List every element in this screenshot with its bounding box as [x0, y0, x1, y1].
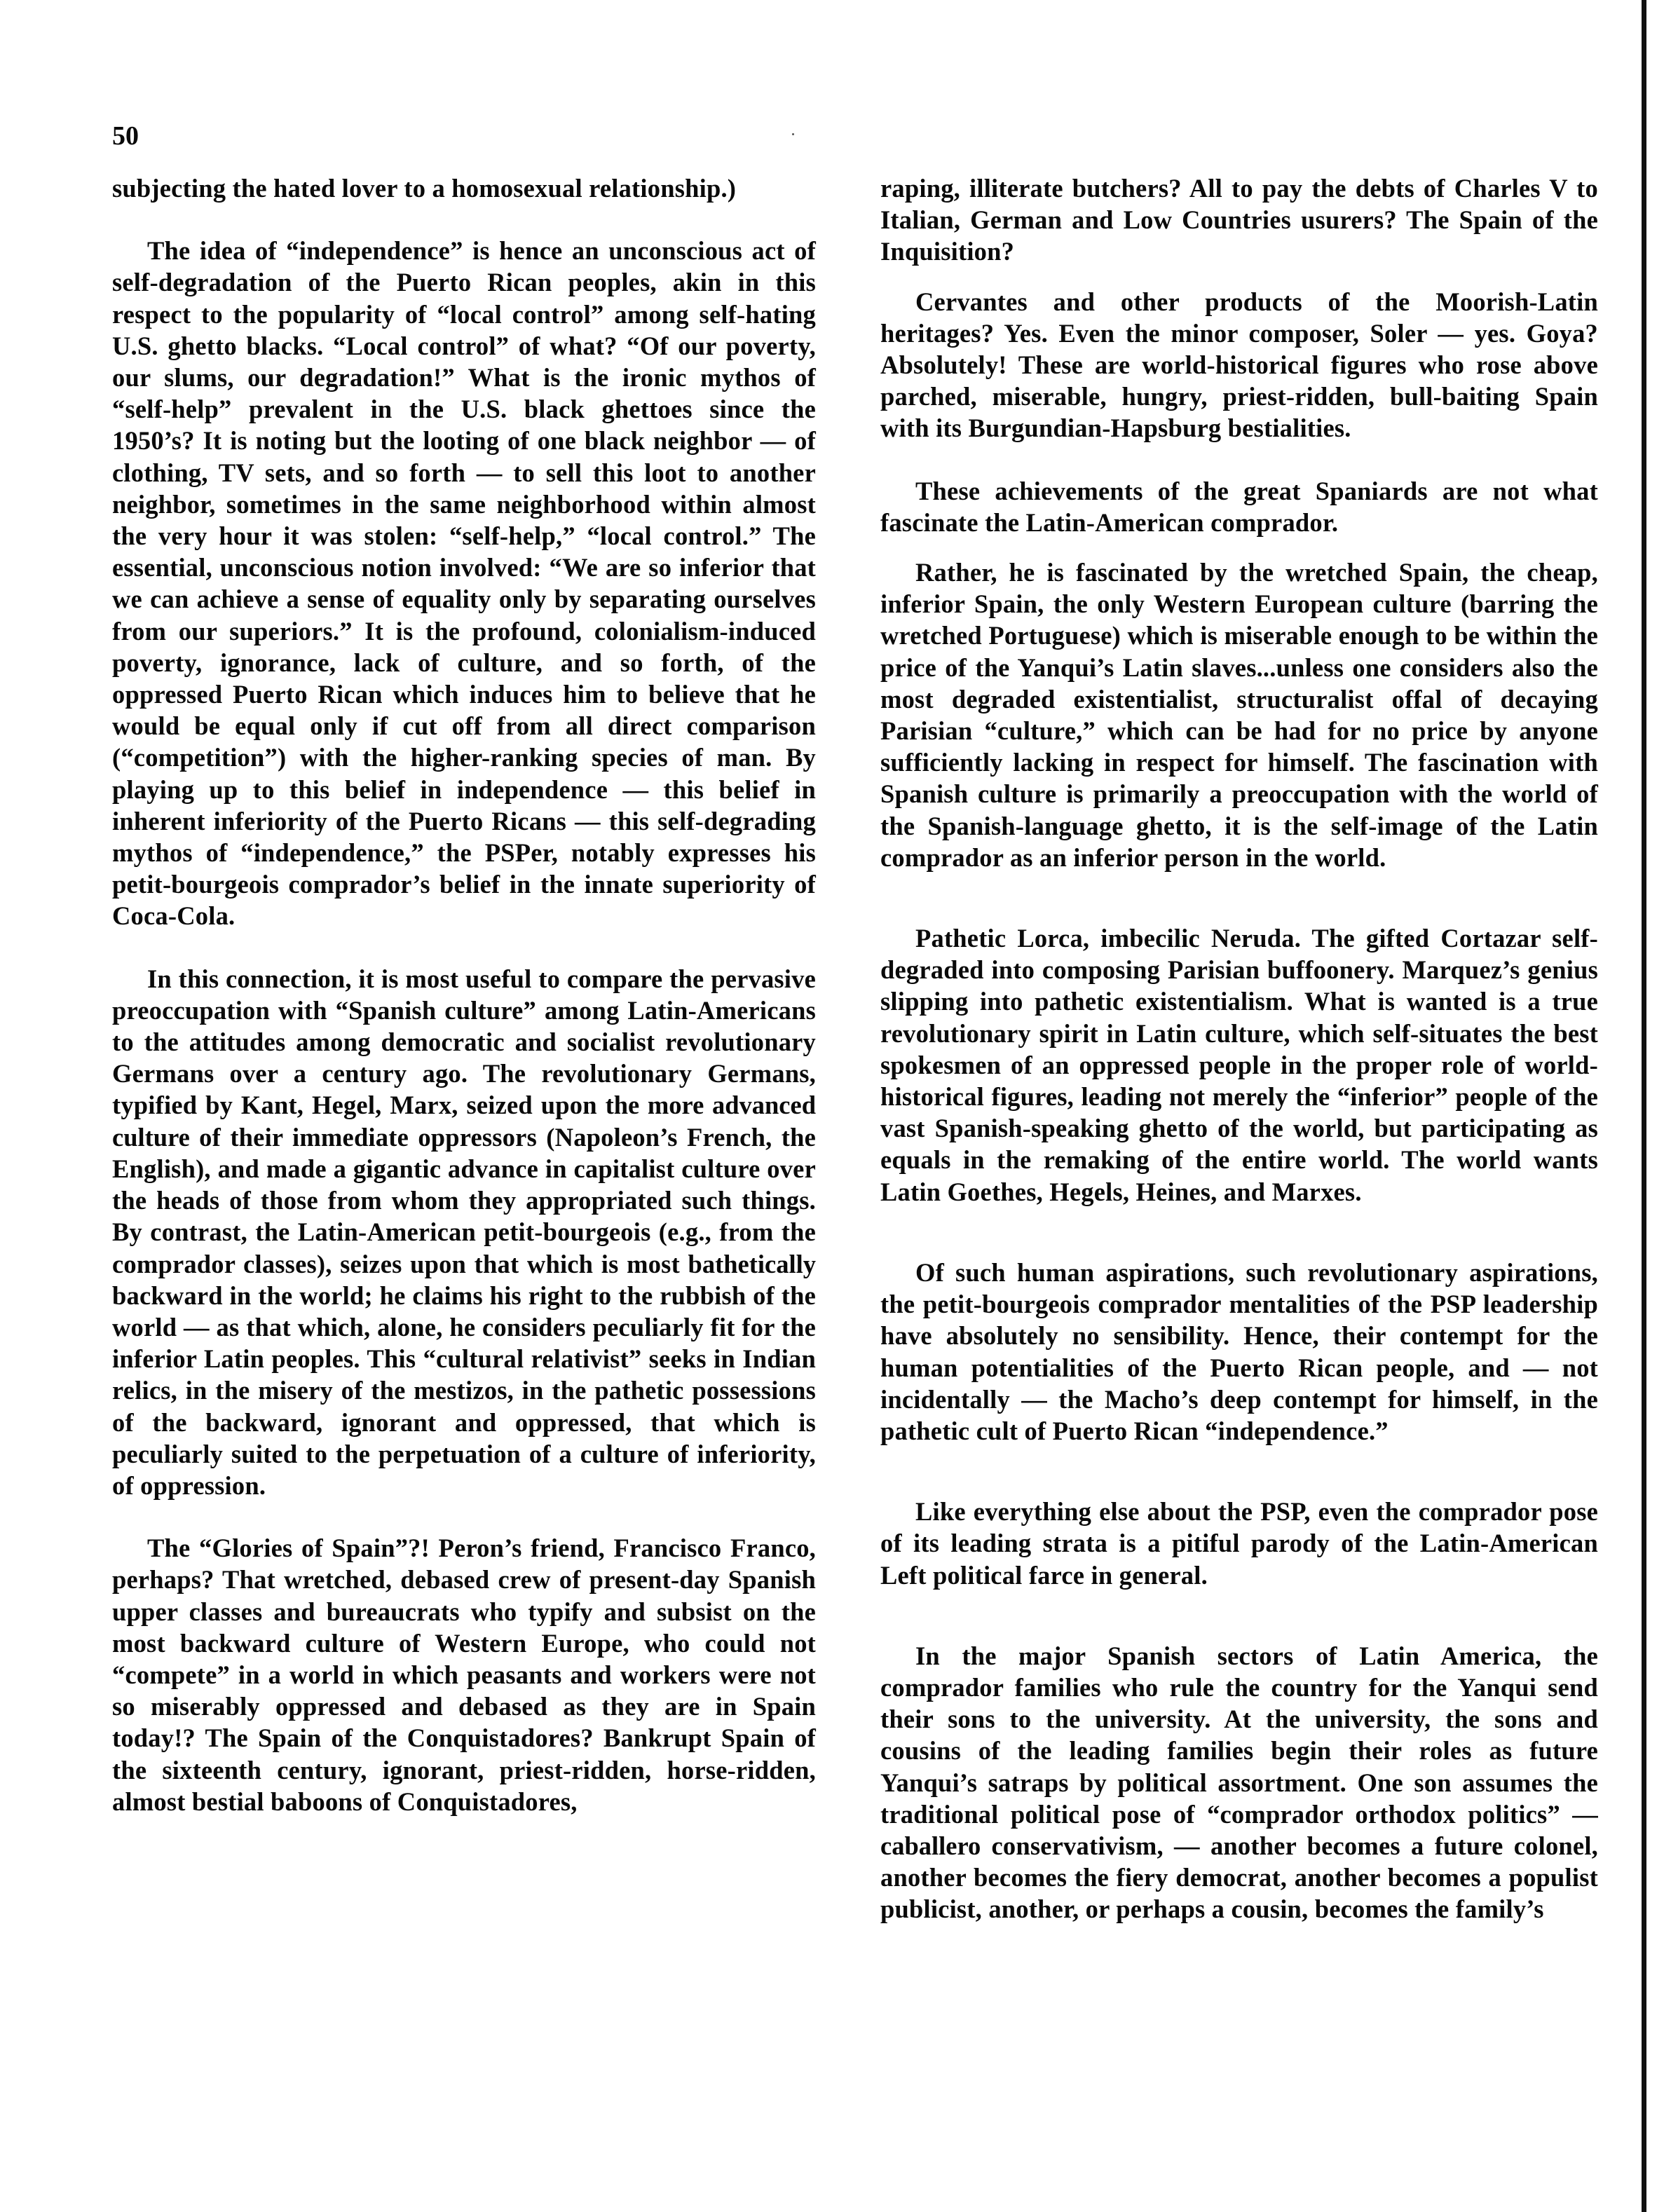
paragraph-gap	[112, 932, 816, 963]
emphasis-text: caballero	[880, 1831, 981, 1860]
left-column: subjecting the hated lover to a homosexu…	[112, 172, 816, 1817]
paragraph: In the major Spanish sectors of Latin Am…	[880, 1640, 1598, 1925]
paragraph-text: conservativism, — another becomes a futu…	[880, 1831, 1598, 1923]
page-edge-rule	[1642, 0, 1646, 2212]
scan-speck	[792, 133, 794, 135]
paragraph-gap	[880, 1591, 1598, 1640]
paragraph: subjecting the hated lover to a homosexu…	[112, 172, 816, 204]
paragraph-gap	[880, 873, 1598, 922]
paragraph-gap	[880, 1447, 1598, 1496]
paragraph: Like everything else about the PSP, even…	[880, 1496, 1598, 1591]
paragraph-gap	[880, 538, 1598, 557]
emphasis-text: bathetically	[688, 1250, 816, 1278]
paragraph-text: backward in the world; he claims his rig…	[112, 1281, 816, 1500]
paragraph: Of such human aspirations, such revoluti…	[880, 1257, 1598, 1447]
paragraph: Rather, he is fascinated by the wretched…	[880, 557, 1598, 873]
scan-speck	[210, 1072, 212, 1074]
paragraph: These achievements of the great Spaniard…	[880, 475, 1598, 538]
paragraph-gap	[112, 204, 816, 235]
paragraph: Cervantes and other products of the Moor…	[880, 286, 1598, 444]
paragraph-text: In the major Spanish sectors of Latin Am…	[880, 1641, 1598, 1829]
paragraph-gap	[880, 268, 1598, 286]
paragraph: Pathetic Lorca, imbecilic Neruda. The gi…	[880, 922, 1598, 1208]
paragraph: raping, illiterate butchers? All to pay …	[880, 172, 1598, 268]
paragraph: The “Glories of Spain”?! Peron’s friend,…	[112, 1532, 816, 1817]
paragraph-gap	[880, 1208, 1598, 1257]
page-number: 50	[112, 121, 139, 151]
paragraph: In this connection, it is most useful to…	[112, 963, 816, 1501]
paragraph-gap	[112, 1501, 816, 1532]
right-column: raping, illiterate butchers? All to pay …	[880, 172, 1598, 1925]
paragraph-gap	[880, 444, 1598, 475]
paragraph: The idea of “independence” is hence an u…	[112, 235, 816, 931]
